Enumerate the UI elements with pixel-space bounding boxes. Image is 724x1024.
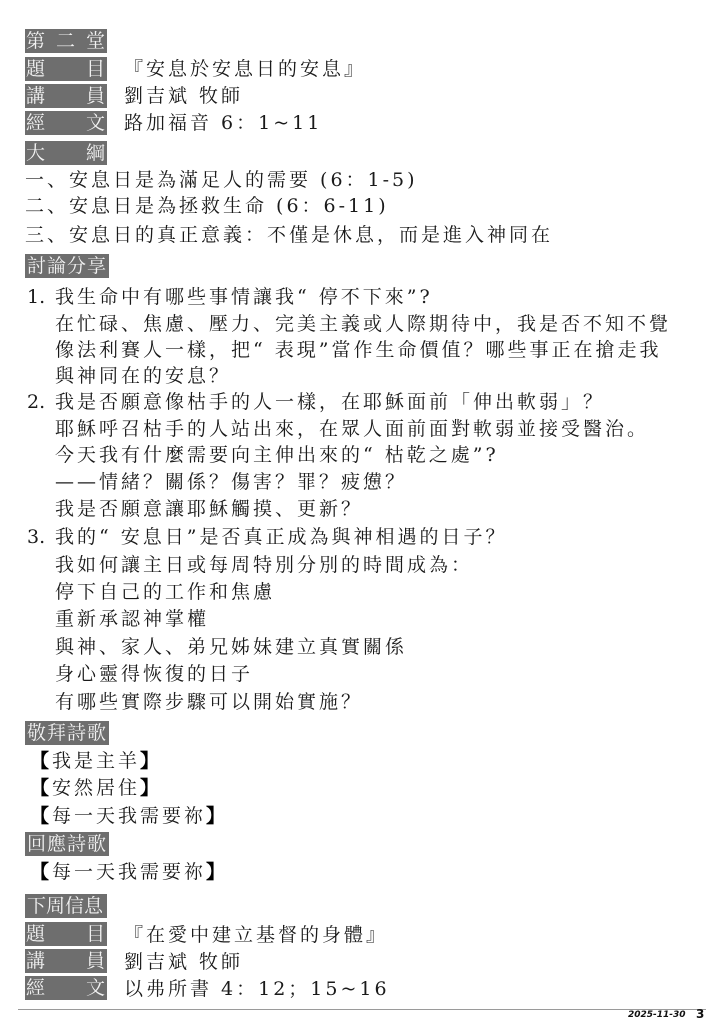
question-line: ——情緒？關係？傷害？罪？疲憊？ — [55, 469, 407, 495]
question-title: 我是否願意像枯手的人一樣，在耶穌面前「伸出軟弱」？ — [55, 389, 605, 415]
question-number: 3. — [27, 524, 45, 550]
question-line: 今天我有什麼需要向主伸出來的“ 枯乾之處”? — [55, 442, 499, 468]
response-song: 【每一天我需要祢】 — [30, 859, 228, 885]
label-char: 目 — [86, 57, 105, 81]
bracket-close: 】 — [206, 861, 228, 883]
worship-song: 【我是主羊】 — [30, 748, 162, 774]
service-number-label: 第 二 堂 — [25, 29, 107, 53]
next-week-label: 下周信息 — [25, 894, 107, 918]
outline-label: 大 綱 — [25, 141, 107, 165]
bracket-close: 】 — [206, 805, 228, 827]
song-title: 每一天我需要祢 — [52, 805, 206, 827]
question-line: 像法利賽人一樣，把“ 表現”當作生命價值？哪些事正在搶走我 — [55, 337, 661, 363]
question-line: 我如何讓主日或每周特別分別的時間成為： — [55, 552, 473, 578]
next-speaker-label: 講 員 — [25, 949, 107, 973]
outline-item: 一、安息日是為滿足人的需要 (6：1-5) — [25, 167, 418, 193]
label-char: 題 — [26, 57, 45, 81]
question-line: 與神、家人、弟兄姊妹建立真實關係 — [55, 634, 407, 660]
bracket-open: 【 — [30, 750, 52, 772]
worship-song: 【每一天我需要祢】 — [30, 803, 228, 829]
next-scripture-label: 經 文 — [25, 976, 107, 1000]
label-char: 堂 — [86, 29, 105, 53]
discussion-label: 討論分享 — [25, 254, 109, 278]
label-char: 經 — [26, 111, 45, 135]
label-char: 經 — [26, 976, 45, 1000]
question-line: 與神同在的安息？ — [55, 363, 231, 389]
label-char: 題 — [26, 922, 45, 946]
label-char: 講 — [26, 949, 45, 973]
bracket-open: 【 — [30, 805, 52, 827]
label-char: 講 — [26, 84, 45, 108]
speaker-label: 講 員 — [25, 84, 107, 108]
label-char: 員 — [86, 949, 105, 973]
label-char: 綱 — [86, 141, 105, 165]
next-title-label: 題 目 — [25, 922, 107, 946]
label-char: 大 — [26, 141, 45, 165]
sermon-title: 『安息於安息日的安息』 — [124, 57, 366, 81]
response-songs-label: 回應詩歌 — [25, 832, 109, 856]
question-number: 2. — [27, 389, 45, 415]
label-char: 二 — [56, 29, 75, 53]
worship-song: 【安然居住】 — [30, 775, 162, 801]
question-line: 身心靈得恢復的日子 — [55, 661, 253, 687]
bracket-open: 【 — [30, 777, 52, 799]
question-line: 耶穌呼召枯手的人站出來，在眾人面前面對軟弱並接受醫治。 — [55, 416, 649, 442]
next-sermon-title: 『在愛中建立基督的身體』 — [124, 923, 388, 947]
bracket-open: 【 — [30, 861, 52, 883]
page-number: 3 — [696, 1007, 704, 1021]
song-title: 每一天我需要祢 — [52, 861, 206, 883]
label-char: 目 — [86, 922, 105, 946]
label-char: 文 — [86, 976, 105, 1000]
question-line: 我是否願意讓耶穌觸摸、更新？ — [55, 496, 363, 522]
worship-songs-label: 敬拜詩歌 — [25, 721, 109, 745]
question-title: 我生命中有哪些事情讓我“ 停不下來”? — [55, 284, 433, 310]
question-line: 停下自己的工作和焦慮 — [55, 579, 275, 605]
scripture-label: 經 文 — [25, 111, 107, 135]
question-number: 1. — [27, 284, 45, 310]
bracket-close: 】 — [140, 777, 162, 799]
bracket-close: 】 — [140, 750, 162, 772]
song-title: 安然居住 — [52, 777, 140, 799]
label-char: 第 — [26, 29, 45, 53]
sermon-title-label: 題 目 — [25, 57, 107, 81]
song-title: 我是主羊 — [52, 750, 140, 772]
outline-item: 三、安息日的真正意義：不僅是休息，而是進入神同在 — [25, 222, 553, 248]
footer-date: 2025-11-30 — [628, 1010, 686, 1020]
footer-separator — [18, 1009, 706, 1010]
question-line: 有哪些實際步驟可以開始實施？ — [55, 689, 363, 715]
question-line: 重新承認神掌權 — [55, 606, 209, 632]
speaker-name: 劉吉斌 牧師 — [124, 84, 243, 108]
question-title: 我的“ 安息日”是否真正成為與神相遇的日子？ — [55, 524, 507, 550]
next-speaker-name: 劉吉斌 牧師 — [124, 950, 243, 974]
scripture-reference: 路加福音 6：1~11 — [124, 111, 322, 135]
question-line: 在忙碌、焦慮、壓力、完美主義或人際期待中，我是否不知不覺 — [55, 311, 671, 337]
label-char: 員 — [86, 84, 105, 108]
outline-item: 二、安息日是為拯救生命 (6：6-11) — [25, 193, 389, 219]
label-char: 文 — [86, 111, 105, 135]
next-scripture-reference: 以弗所書 4：12；15~16 — [124, 977, 390, 1001]
